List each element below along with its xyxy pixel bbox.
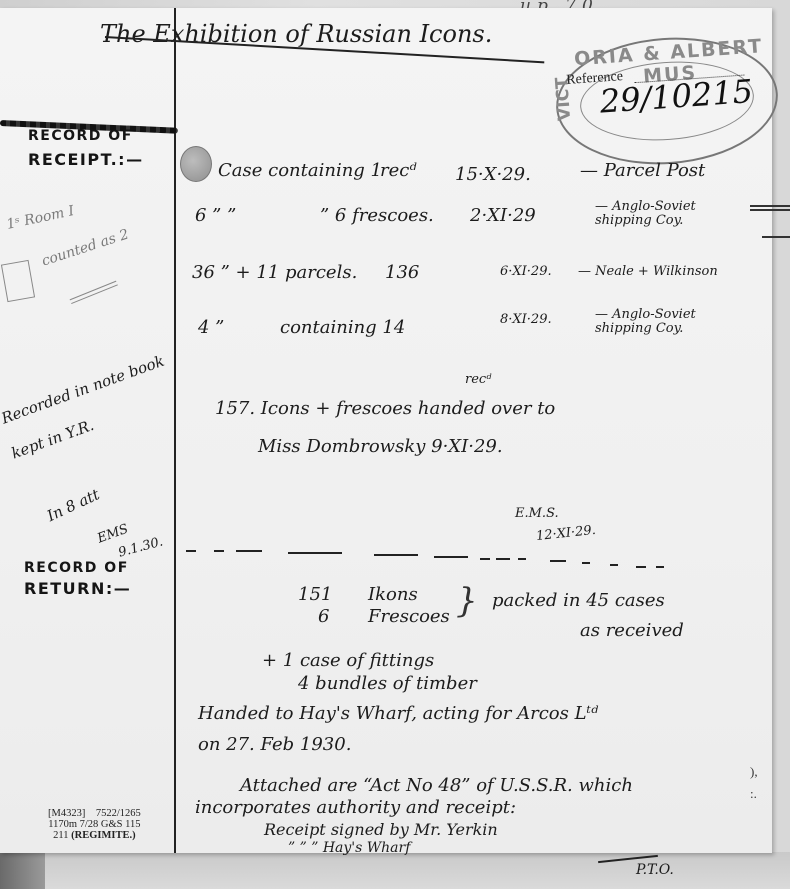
receipt-2-quantity: 6 ” ” [195,205,236,226]
receipt-3-carrier: — Neale + Wilkinson [578,264,718,279]
packing-line-2: as received [580,620,684,641]
summary-line-1: 157. Icons + frescoes handed over to [215,398,555,419]
edge-fragment-2: :. [750,786,757,802]
receipt-4-note: containing 14 [280,317,405,338]
receipt-line-2: ” ” ” Hay's Wharf [288,840,410,856]
edge-fragment-1: ), [750,764,758,780]
edge-mark-2 [762,236,790,238]
return-item-2-count: 6 [318,606,329,627]
document-title: The Exhibition of Russian Icons. [100,20,492,48]
receipt-2-note: ” 6 frescoes. [320,205,434,226]
margin-rule [174,8,176,853]
return-item-1-name: Ikons [368,584,418,605]
punch-hole [180,146,212,182]
handed-line-2: on 27. Feb 1930. [198,734,351,755]
imprint-line-2: 1170m 7/28 G&S 115 [48,819,141,830]
receipt-2-date: 2·XI·29 [470,205,536,226]
receipt-3-note: 136 [385,262,419,283]
imprint-line-3-name: (REGIMITE.) [71,830,135,841]
receipt-3-quantity: 36 ” + 11 parcels. [192,262,357,283]
extras-line-2: 4 bundles of timber [298,673,477,694]
record-of-return-label: RECORD OF [24,560,129,576]
return-item-2-name: Frescoes [368,606,450,627]
receipt-initials: E.M.S. [515,506,559,521]
imprint-number: 7522/1265 [96,808,141,819]
printer-imprint: [M4323] 7522/1265 1170m 7/28 G&S 115 211… [48,808,141,841]
record-of-receipt-label-2: RECEIPT.:— [28,150,144,169]
record-of-receipt-label: RECORD OF [28,128,133,144]
imprint-code: [M4323] [48,808,85,819]
record-of-return-label-2: RETURN:— [24,579,131,598]
receipt-4-quantity: 4 ” [198,317,224,338]
imprint-line-3-num: 211 [53,830,68,841]
summary-line-2: Miss Dombrowsky 9·XI·29. [258,436,503,457]
receipt-3-date: 6·XI·29. [500,264,552,279]
edge-mark [750,205,790,207]
return-item-1-count: 151 [298,584,332,605]
handed-line-1: Handed to Hay's Wharf, acting for Arcos … [198,703,598,724]
extras-line-1: + 1 case of fittings [262,650,434,671]
binding-shadow [0,852,45,889]
receipt-2-carrier: — Anglo-Soviet shipping Coy. [595,200,755,228]
receipt-4-date: 8·XI·29. [500,312,552,327]
attached-line-1: Attached are “Act No 48” of U.S.S.R. whi… [240,775,633,796]
pto-note: P.T.O. [636,862,674,878]
receipt-1-carrier: — Parcel Post [580,160,705,181]
receipt-4-carrier: — Anglo-Soviet shipping Coy. [595,308,745,336]
brace: } [456,584,478,618]
summary-insert: recᵈ [465,372,491,387]
dashed-divider [178,550,748,580]
packing-line-1: packed in 45 cases [492,590,665,611]
attached-line-2: incorporates authority and receipt: [195,797,516,818]
receipt-1-date: 15·X·29. [455,164,531,185]
receipt-line-1: Receipt signed by Mr. Yerkin [264,820,498,839]
receipt-1-quantity: Case containing 1 [218,160,382,181]
receipt-1-note: recᵈ [380,160,417,181]
